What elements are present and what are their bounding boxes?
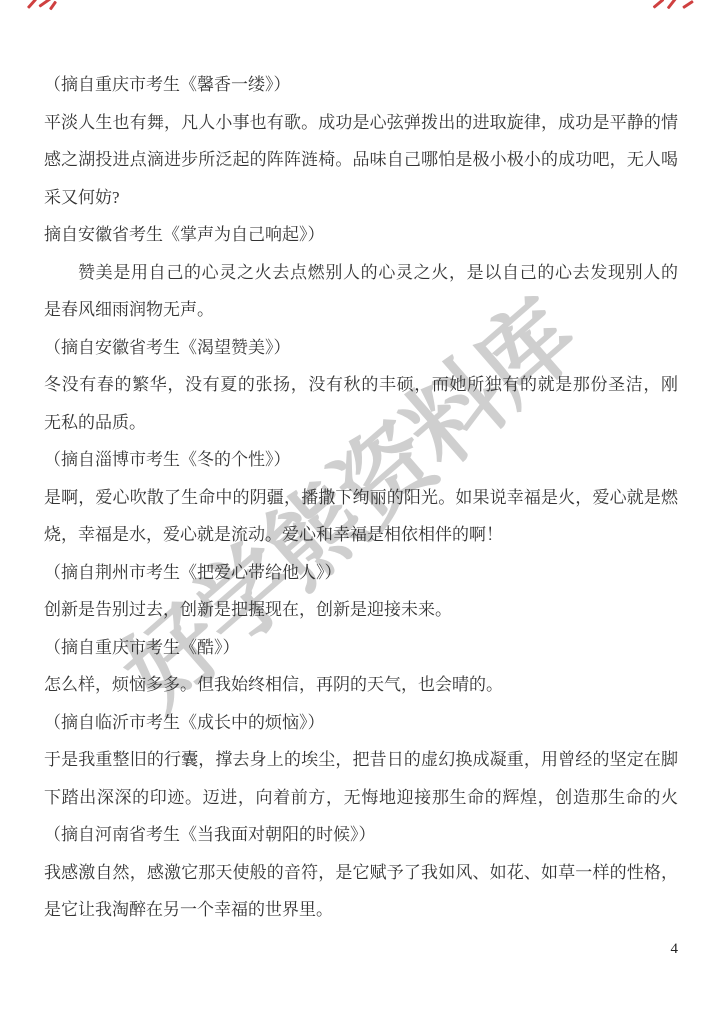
page-number: 4 bbox=[671, 941, 679, 958]
text-line-citation: （摘自临沂市考生《成长中的烦恼》） bbox=[44, 704, 678, 742]
text-line-body: 冬没有春的繁华，没有夏的张扬，没有秋的丰硕，而她所独有的就是那份圣洁，刚毅， bbox=[44, 366, 678, 404]
text-line-body: 是它让我淘醉在另一个幸福的世界里。 bbox=[44, 891, 678, 929]
text-line-citation: （摘自荆州市考生《把爱心带给他人》） bbox=[44, 554, 678, 592]
text-line-body: 创新是告别过去，创新是把握现在，创新是迎接未来。 bbox=[44, 591, 678, 629]
text-line-body: 是啊，爱心吹散了生命中的阴疆，播撒下绚丽的阳光。如果说幸福是火，爱心就是燃 bbox=[44, 479, 678, 517]
text-line-citation: （摘自淄博市考生《冬的个性》） bbox=[44, 441, 678, 479]
text-line-body: 于是我重整旧的行囊，撑去身上的埃尘，把昔日的虚幻换成凝重，用曾经的坚定在脚 bbox=[44, 741, 678, 779]
text-line-citation: （摘自重庆市考生《馨香一缕》） bbox=[44, 66, 678, 104]
text-line-citation: （摘自河南省考生《当我面对朝阳的时候》） bbox=[44, 816, 678, 854]
text-line-citation: 摘自安徽省考生《掌声为自己响起》） bbox=[44, 216, 678, 254]
document-page: 好学熊资料库 （摘自重庆市考生《馨香一缕》）平淡人生也有舞，凡人小事也有歌。成功… bbox=[0, 0, 720, 1018]
text-line-body: 我感激自然，感激它那天使般的音符，是它赋予了我如风、如花、如草一样的性格， bbox=[44, 854, 678, 892]
text-line-citation: （摘自重庆市考生《酷》） bbox=[44, 629, 678, 667]
text-line-body: 采又何妨? bbox=[44, 179, 678, 217]
text-line-body: 感之湖投进点滴进步所泛起的阵阵涟椅。品味自己哪怕是极小极小的成功吧，无人喝 bbox=[44, 141, 678, 179]
essay-excerpts-text-block: （摘自重庆市考生《馨香一缕》）平淡人生也有舞，凡人小事也有歌。成功是心弦弹拨出的… bbox=[44, 66, 678, 929]
text-line-body: 平淡人生也有舞，凡人小事也有歌。成功是心弦弹拨出的进取旋律，成功是平静的情 bbox=[44, 104, 678, 142]
text-line-body: 烧，幸福是水，爱心就是流动。爱心和幸福是相依相伴的啊！ bbox=[44, 516, 678, 554]
red-stroke bbox=[667, 0, 679, 9]
text-line-body: 无私的品质。 bbox=[44, 404, 678, 442]
text-line-citation: （摘自安徽省考生《渴望赞美》） bbox=[44, 329, 678, 367]
red-stroke bbox=[682, 0, 694, 9]
red-stroke bbox=[653, 0, 665, 9]
red-pen-mark-top-right bbox=[652, 0, 698, 15]
red-pen-mark-top-left bbox=[24, 0, 60, 15]
text-line-body: 下踏出深深的印迹。迈进，向着前方，无悔地迎接那生命的辉煌，创造那生命的火红。 bbox=[44, 779, 678, 817]
red-stroke bbox=[27, 0, 37, 9]
text-line-body: 是春风细雨润物无声。 bbox=[44, 291, 678, 329]
red-stroke bbox=[49, 1, 57, 11]
text-line-body: 赞美是用自己的心灵之火去点燃别人的心灵之火，是以自己的心去发现别人的心， bbox=[44, 254, 678, 292]
text-line-body: 怎么样，烦恼多多。但我始终相信，再阴的天气，也会晴的。 bbox=[44, 666, 678, 704]
